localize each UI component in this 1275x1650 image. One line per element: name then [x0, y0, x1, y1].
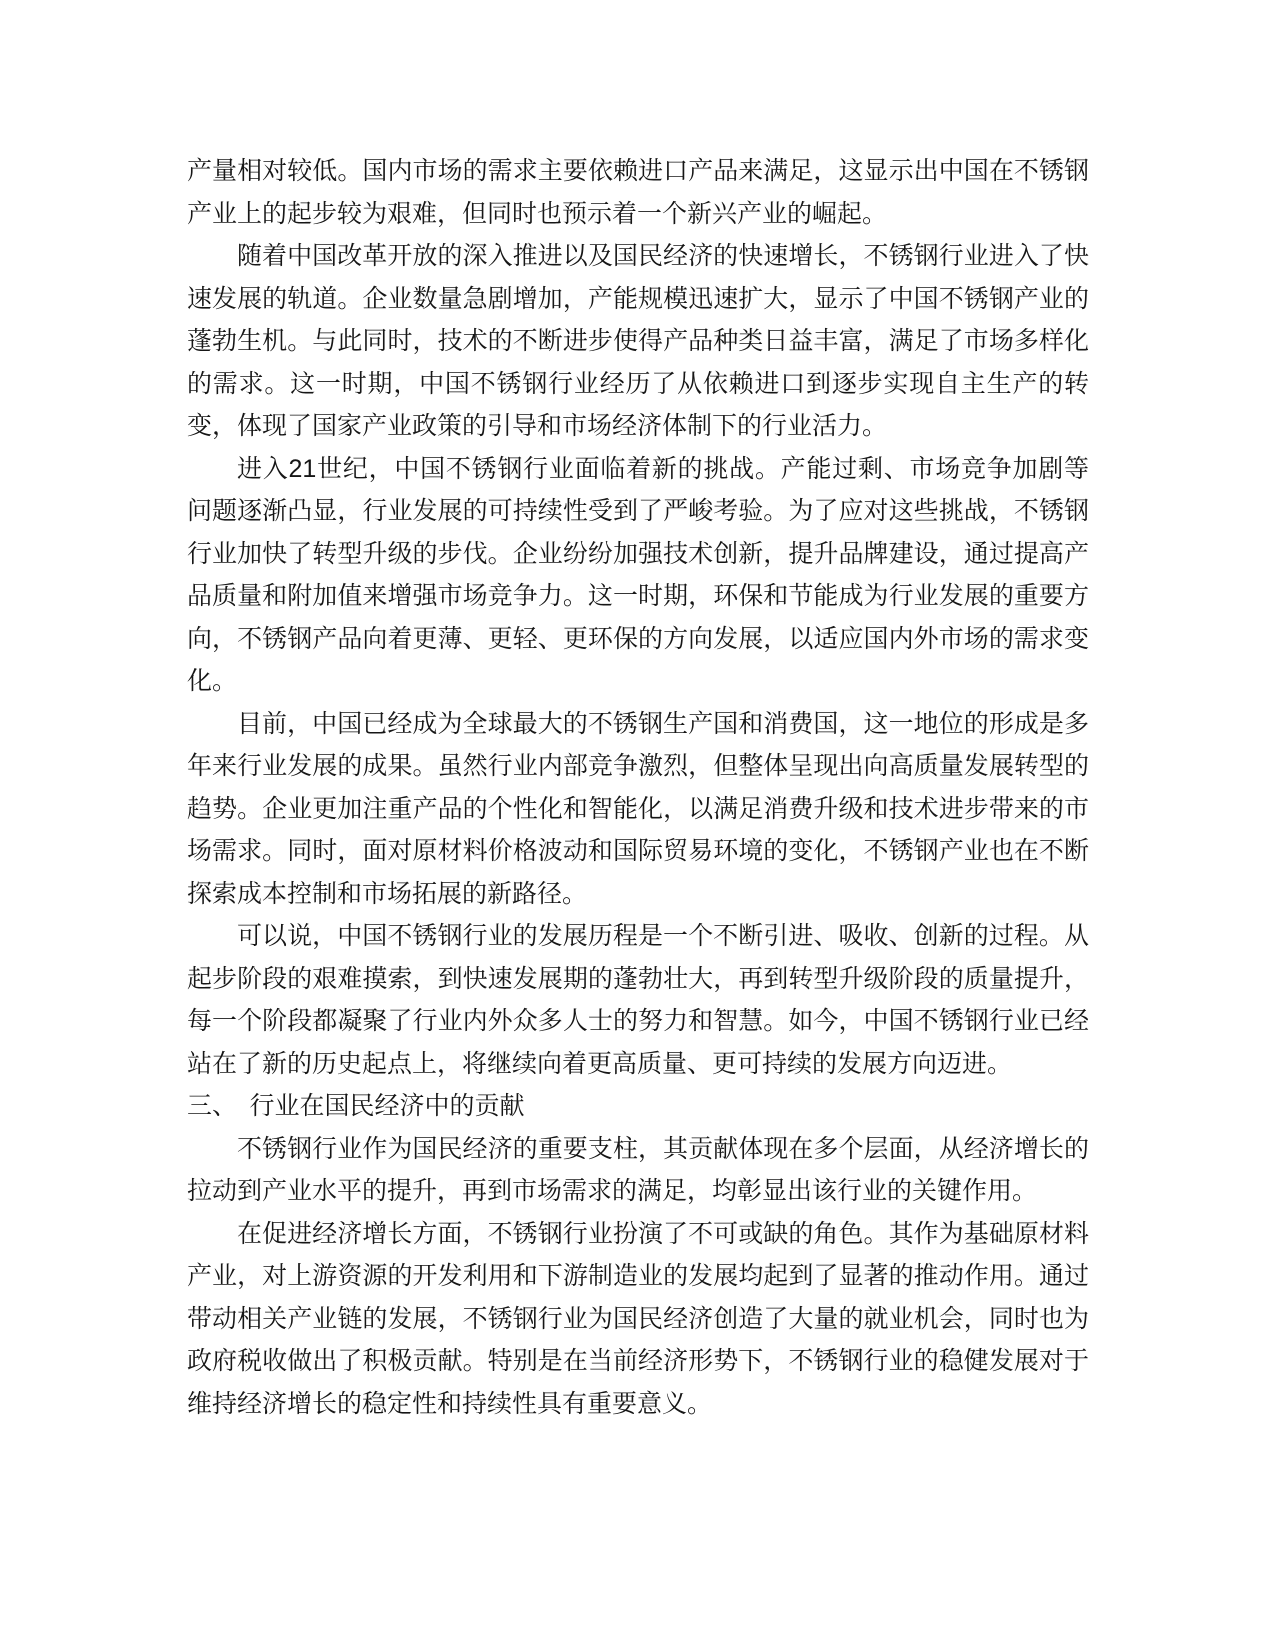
document-body: { "doc": { "language": "zh-CN", "colors"… [0, 0, 1275, 1650]
paragraph: 产量相对较低。国内市场的需求主要依赖进口产品来满足，这显示出中国在不锈钢产业上的… [187, 150, 1089, 235]
paragraph: 目前，中国已经成为全球最大的不锈钢生产国和消费国，这一地位的形成是多年来行业发展… [187, 703, 1089, 916]
paragraph: 在促进经济增长方面，不锈钢行业扮演了不可或缺的角色。其作为基础原材料产业，对上游… [187, 1213, 1089, 1426]
paragraph: 随着中国改革开放的深入推进以及国民经济的快速增长，不锈钢行业进入了快速发展的轨道… [187, 235, 1089, 448]
paragraph: 可以说，中国不锈钢行业的发展历程是一个不断引进、吸收、创新的过程。从起步阶段的艰… [187, 915, 1089, 1085]
paragraph: 不锈钢行业作为国民经济的重要支柱，其贡献体现在多个层面，从经济增长的拉动到产业水… [187, 1128, 1089, 1213]
paragraph: 进入21世纪，中国不锈钢行业面临着新的挑战。产能过剩、市场竞争加剧等问题逐渐凸显… [187, 448, 1089, 703]
section-heading: 三、 行业在国民经济中的贡献 [187, 1085, 1089, 1128]
text-block: 产量相对较低。国内市场的需求主要依赖进口产品来满足，这显示出中国在不锈钢产业上的… [187, 150, 1089, 1425]
page: 产量相对较低。国内市场的需求主要依赖进口产品来满足，这显示出中国在不锈钢产业上的… [0, 0, 1275, 1650]
